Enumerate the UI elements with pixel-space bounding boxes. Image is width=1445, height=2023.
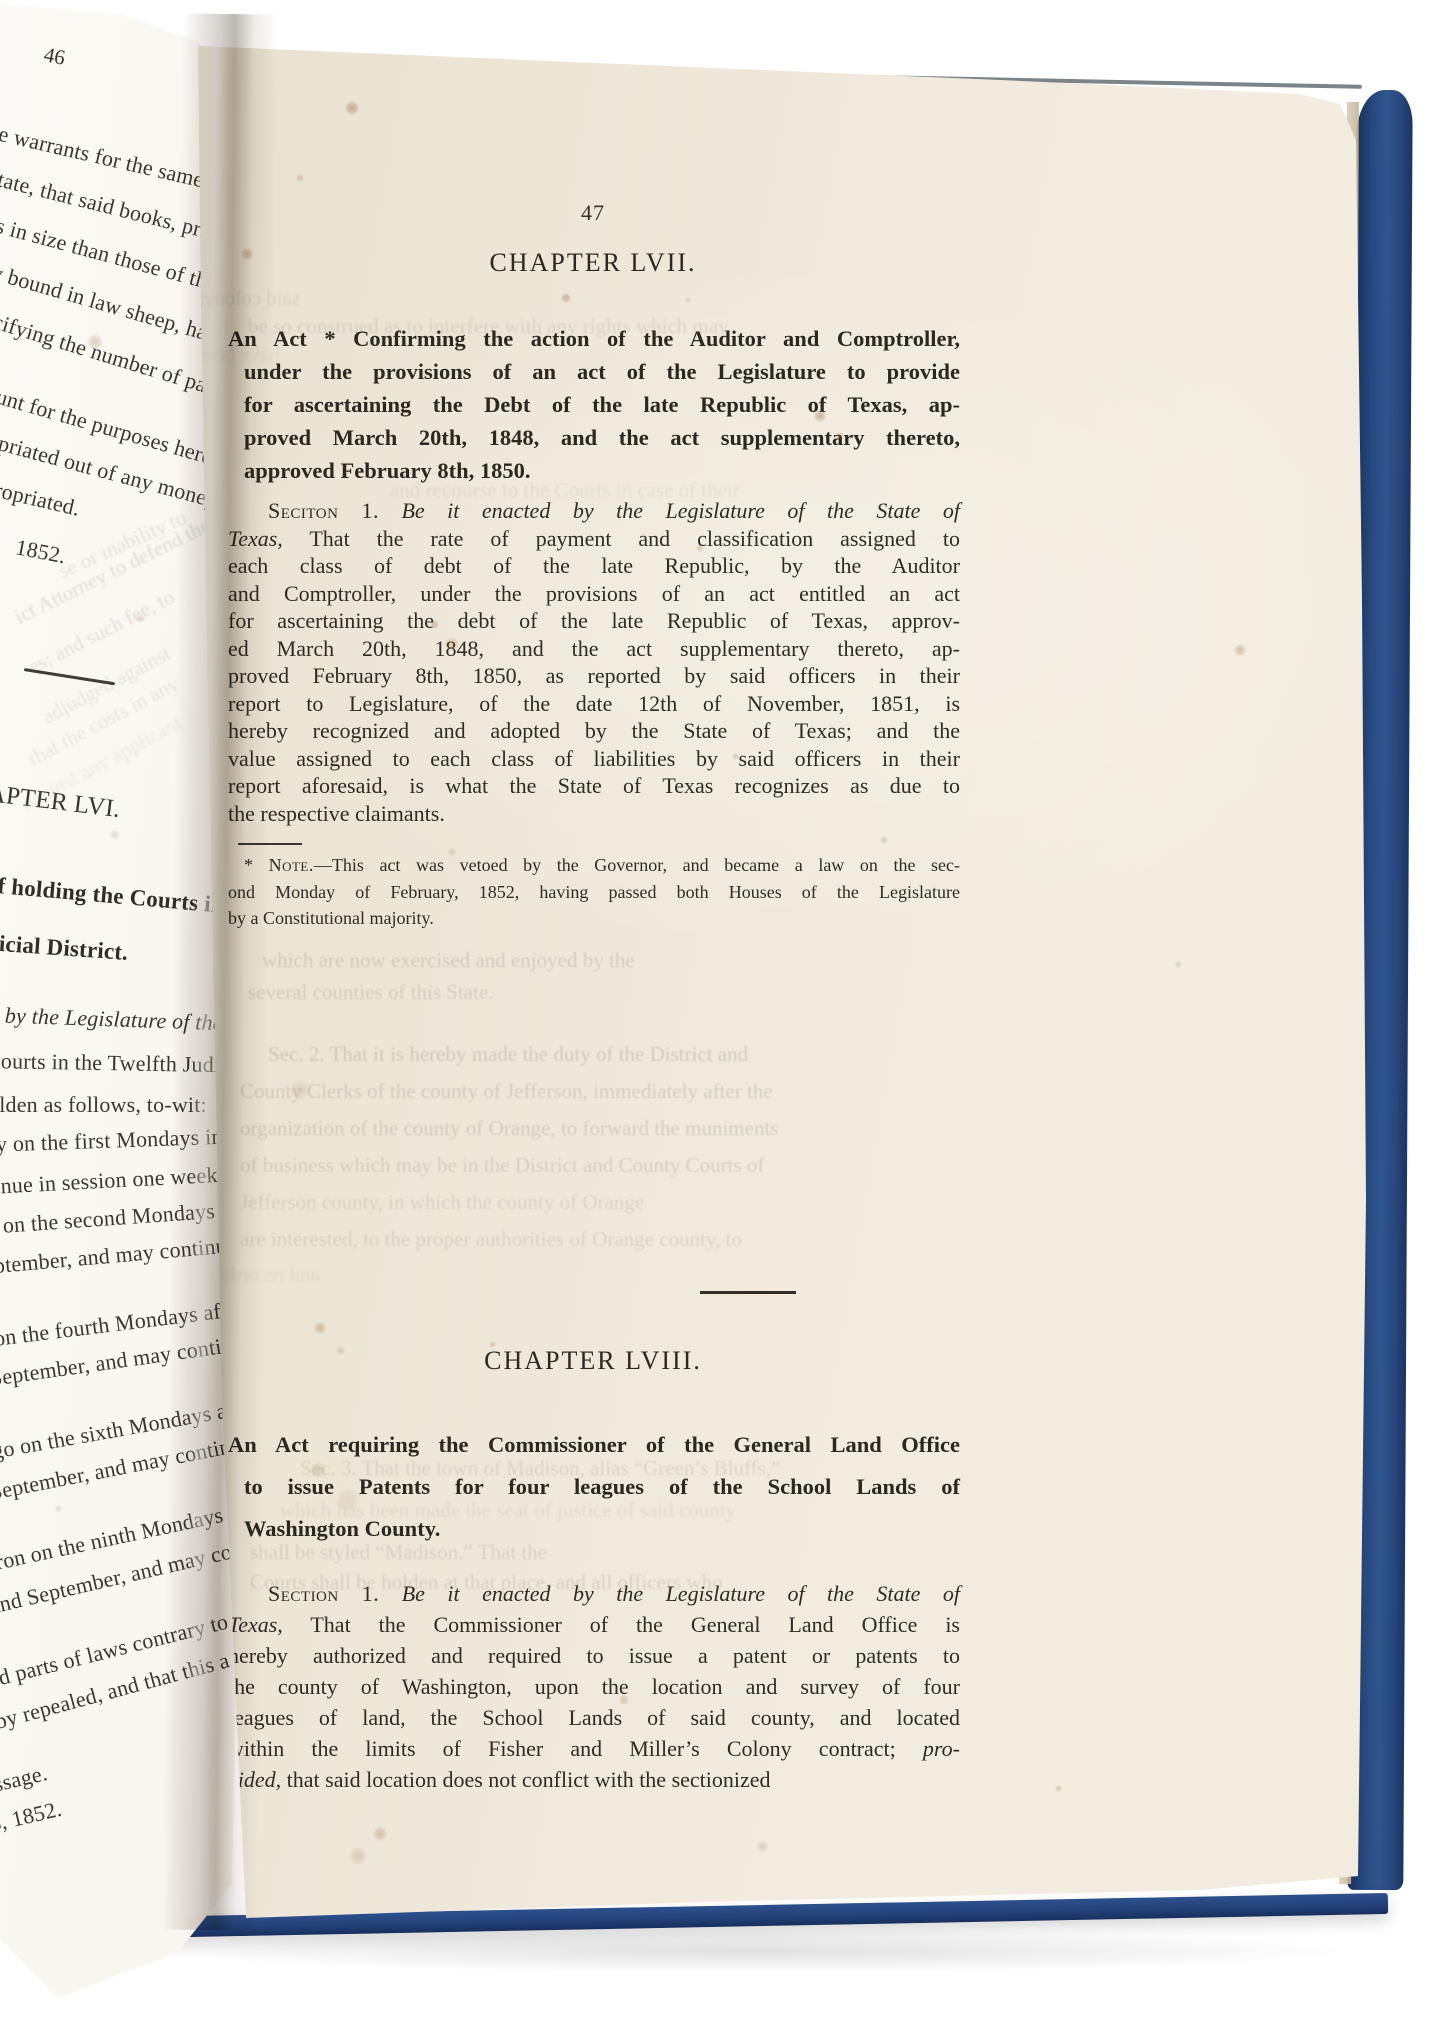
text-line: hereby recognized and adopted by the Sta… — [228, 717, 960, 745]
foxing-spot — [1234, 644, 1246, 656]
foxing-spot — [685, 297, 691, 303]
chapter-lvii-heading: CHAPTER LVII. — [228, 248, 958, 278]
text-line: An Act * Confirming the action of the Au… — [228, 322, 960, 355]
left-page-text-fragment: ssage. — [0, 1760, 50, 1798]
text-line: report aforesaid, is what the State of T… — [228, 772, 960, 800]
left-page-text-fragment: dicial District. — [0, 930, 129, 966]
ghost-text-line: which are now exercised and enjoyed by t… — [262, 948, 635, 973]
text-line: Texas, That the rate of payment and clas… — [228, 525, 960, 553]
footnote-rule — [238, 843, 302, 845]
foxing-spot — [1175, 961, 1182, 968]
foxing-spot — [296, 174, 304, 182]
foxing-spot — [55, 1505, 62, 1512]
left-page-text-fragment: APTER LVI. — [0, 780, 122, 824]
ghost-text-line: Jefferson county, in which the county of… — [240, 1190, 644, 1215]
chapter-lviii-heading: CHAPTER LVIII. — [228, 1346, 958, 1376]
ghost-text-line: Sec. 2. That it is hereby made the duty … — [268, 1042, 748, 1067]
left-page-rule — [24, 668, 115, 685]
chapter-lvii-act-title: An Act * Confirming the action of the Au… — [228, 322, 960, 487]
text-line: the county of Washington, upon the locat… — [228, 1671, 960, 1702]
ghost-text-line: that the costs in any — [24, 671, 183, 771]
ghost-text-line: County Clerks of the county of Jefferson… — [240, 1079, 773, 1104]
foxing-spot — [880, 836, 888, 844]
left-page-text-fragment: Courts in the Twelfth Judicia — [0, 1048, 247, 1079]
text-line: Seciton 1. Be it enacted by the Legislat… — [228, 497, 960, 525]
text-line: proved February 8th, 1850, as reported b… — [228, 662, 960, 690]
chapter-lviii-act-title: An Act requiring the Commissioner of the… — [228, 1424, 960, 1550]
text-line: each class of debt of the late Republic,… — [228, 552, 960, 580]
text-line: and Comptroller, under the provisions of… — [228, 580, 960, 608]
text-line: ed March 20th, 1848, and the act supplem… — [228, 635, 960, 663]
text-line: proved March 20th, 1848, and the act sup… — [228, 421, 960, 454]
text-line: within the limits of Fisher and Miller’s… — [228, 1733, 960, 1764]
ghost-text-line: es; and such fee, to — [24, 585, 178, 680]
page-number-left: 46 — [42, 42, 67, 71]
text-line: under the provisions of an act of the Le… — [228, 355, 960, 388]
page-number-right: 47 — [228, 200, 958, 226]
text-line: * Note.—This act was vetoed by the Gover… — [228, 852, 960, 879]
text-line: for ascertaining the Debt of the late Re… — [228, 388, 960, 421]
text-line: Section 1. Be it enacted by the Legislat… — [228, 1578, 960, 1609]
foxing-spot — [136, 614, 145, 623]
book-shadow — [140, 1928, 1360, 1974]
ghost-text-line: several counties of this State. — [248, 980, 494, 1005]
ghost-text-line: organization of the county of Orange, to… — [240, 1116, 778, 1141]
text-line: vided, that said location does not confl… — [228, 1764, 960, 1795]
foxing-spot — [349, 1847, 367, 1865]
text-line: Texas, That the Commissioner of the Gene… — [228, 1609, 960, 1640]
left-page-text-fragment: 1852. — [14, 534, 69, 569]
left-page-text-fragment: tinue in session one week. — [0, 1162, 224, 1200]
footnote: * Note.—This act was vetoed by the Gover… — [228, 852, 960, 932]
ghost-text-line: adjudged against — [38, 641, 175, 730]
foxing-spot — [561, 293, 571, 303]
text-line: for ascertaining the debt of the late Re… — [228, 607, 960, 635]
ghost-text-line: ict Attorney to defend the — [11, 513, 215, 630]
left-page-text-fragment: 3, 1852. — [0, 1796, 64, 1838]
text-line: value assigned to each class of liabilit… — [228, 745, 960, 773]
foxing-spot — [110, 830, 120, 840]
text-line: the respective claimants. — [228, 800, 960, 828]
foxing-spot — [757, 1841, 768, 1852]
chapter-lviii-section-1: Section 1. Be it enacted by the Legislat… — [228, 1578, 960, 1795]
left-page-text-fragment: propriated. — [0, 474, 83, 521]
left-page-text-fragment: d by the Legislature of the — [0, 1002, 223, 1036]
chapter-lvii-section-1: Seciton 1. Be it enacted by the Legislat… — [228, 497, 960, 827]
text-line: report to Legislature, of the date 12th … — [228, 690, 960, 718]
foxing-spot — [290, 1080, 310, 1100]
text-line: An Act requiring the Commissioner of the… — [228, 1424, 960, 1466]
ghost-text-line: of business which may be in the District… — [240, 1153, 764, 1178]
text-line: leagues of land, the School Lands of sai… — [228, 1702, 960, 1733]
foxing-spot — [314, 1322, 326, 1334]
book-photo: { "scene": { "background": "#ffffff", "c… — [0, 0, 1445, 2023]
foxing-spot — [373, 1827, 387, 1841]
text-line: approved February 8th, 1850. — [228, 454, 960, 487]
text-line: Washington County. — [228, 1508, 960, 1550]
section-divider-rule — [700, 1291, 796, 1294]
foxing-spot — [1055, 1785, 1062, 1792]
text-line: by a Constitutional majority. — [228, 905, 960, 932]
ghost-text-line: are interested, to the proper authoritie… — [240, 1227, 742, 1252]
foxing-spot — [345, 101, 359, 115]
text-line: hereby authorized and required to issue … — [228, 1640, 960, 1671]
left-page-text-fragment: olden as follows, to-wit: — [0, 1092, 207, 1118]
text-line: to issue Patents for four leagues of the… — [228, 1466, 960, 1508]
text-line: ond Monday of February, 1852, having pas… — [228, 879, 960, 906]
